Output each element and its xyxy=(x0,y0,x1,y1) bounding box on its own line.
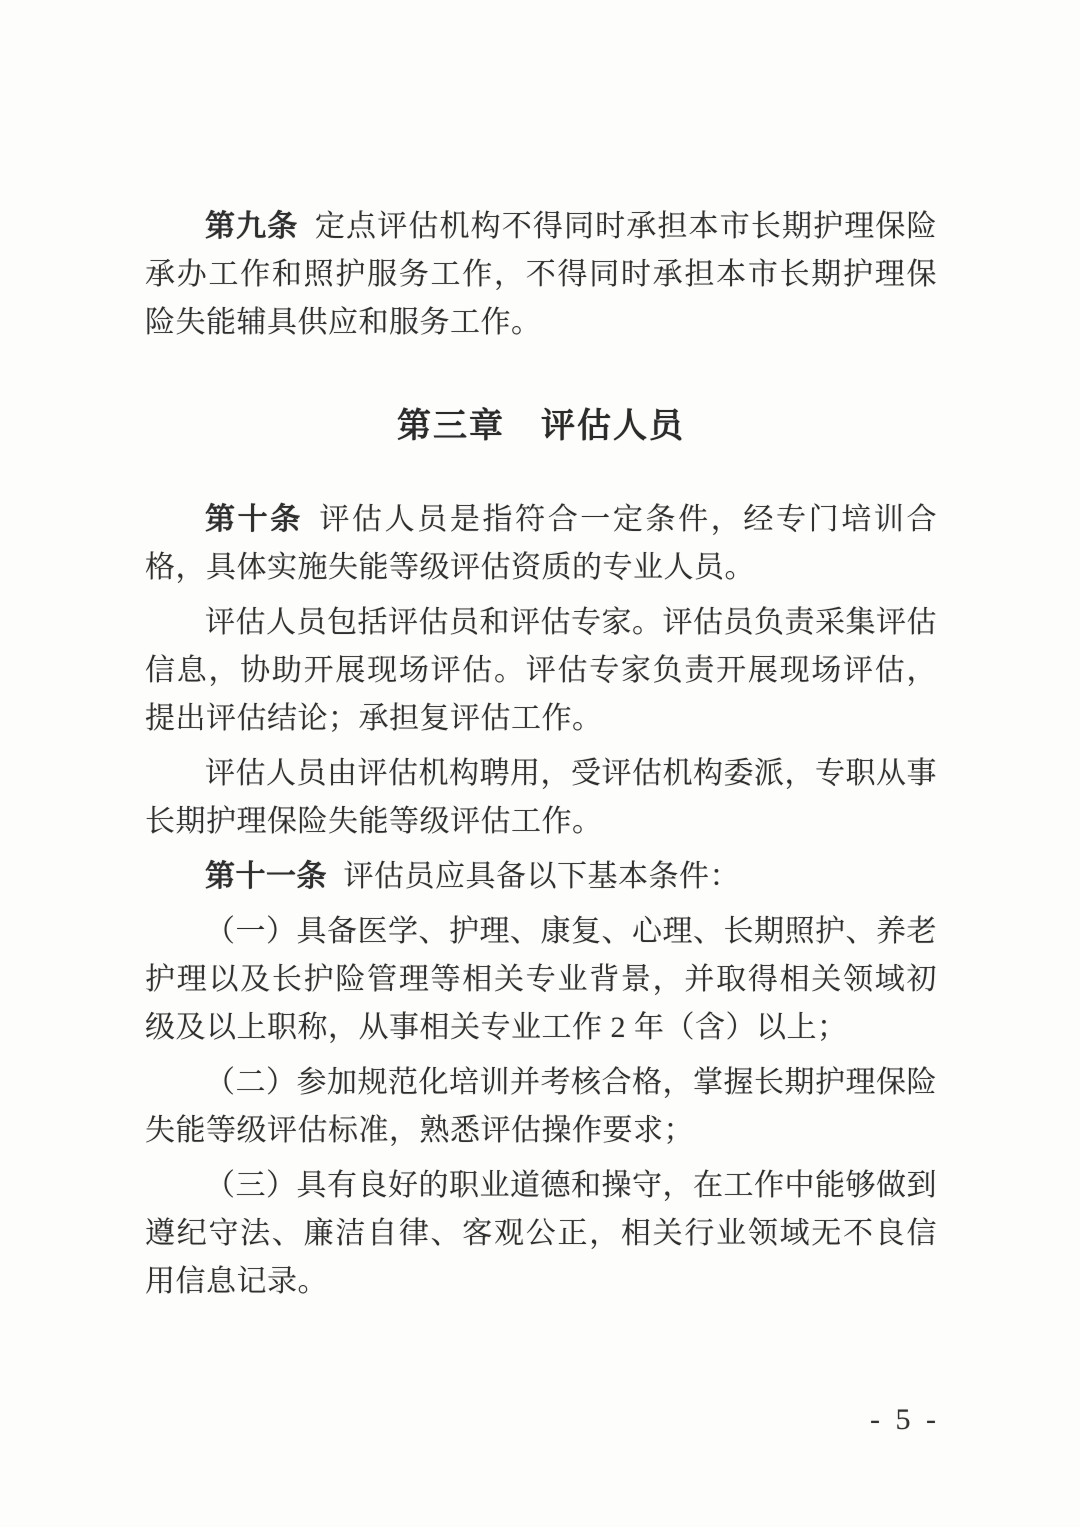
page-body: 第九条定点评估机构不得同时承担本市长期护理保险承办工作和照护服务工作，不得同时承… xyxy=(145,203,937,1313)
article-11-paragraph: 第十一条评估员应具备以下基本条件： xyxy=(145,853,937,901)
assessor-roles-paragraph: 评估人员包括评估员和评估专家。评估员负责采集评估信息，协助开展现场评估。评估专家… xyxy=(145,599,937,743)
article-10-label: 第十条 xyxy=(205,503,303,536)
article-9-paragraph: 第九条定点评估机构不得同时承担本市长期护理保险承办工作和照护服务工作，不得同时承… xyxy=(145,203,937,347)
article-10-paragraph: 第十条评估人员是指符合一定条件，经专门培训合格，具体实施失能等级评估资质的专业人… xyxy=(145,496,937,592)
article-9-label: 第九条 xyxy=(205,210,298,243)
document-page: 第九条定点评估机构不得同时承担本市长期护理保险承办工作和照护服务工作，不得同时承… xyxy=(0,0,1080,1527)
article-11-text: 评估员应具备以下基本条件： xyxy=(344,860,741,893)
page-number: - 5 - xyxy=(870,1404,940,1436)
condition-2-paragraph: （二）参加规范化培训并考核合格，掌握长期护理保险失能等级评估标准，熟悉评估操作要… xyxy=(145,1059,937,1155)
condition-3-paragraph: （三）具有良好的职业道德和操守，在工作中能够做到遵纪守法、廉洁自律、客观公正，相… xyxy=(145,1162,937,1306)
chapter-3-heading: 第三章 评估人员 xyxy=(145,404,937,448)
assessor-employment-paragraph: 评估人员由评估机构聘用，受评估机构委派，专职从事长期护理保险失能等级评估工作。 xyxy=(145,750,937,846)
condition-1-paragraph: （一）具备医学、护理、康复、心理、长期照护、养老护理以及长护险管理等相关专业背景… xyxy=(145,908,937,1052)
article-11-label: 第十一条 xyxy=(205,860,327,893)
